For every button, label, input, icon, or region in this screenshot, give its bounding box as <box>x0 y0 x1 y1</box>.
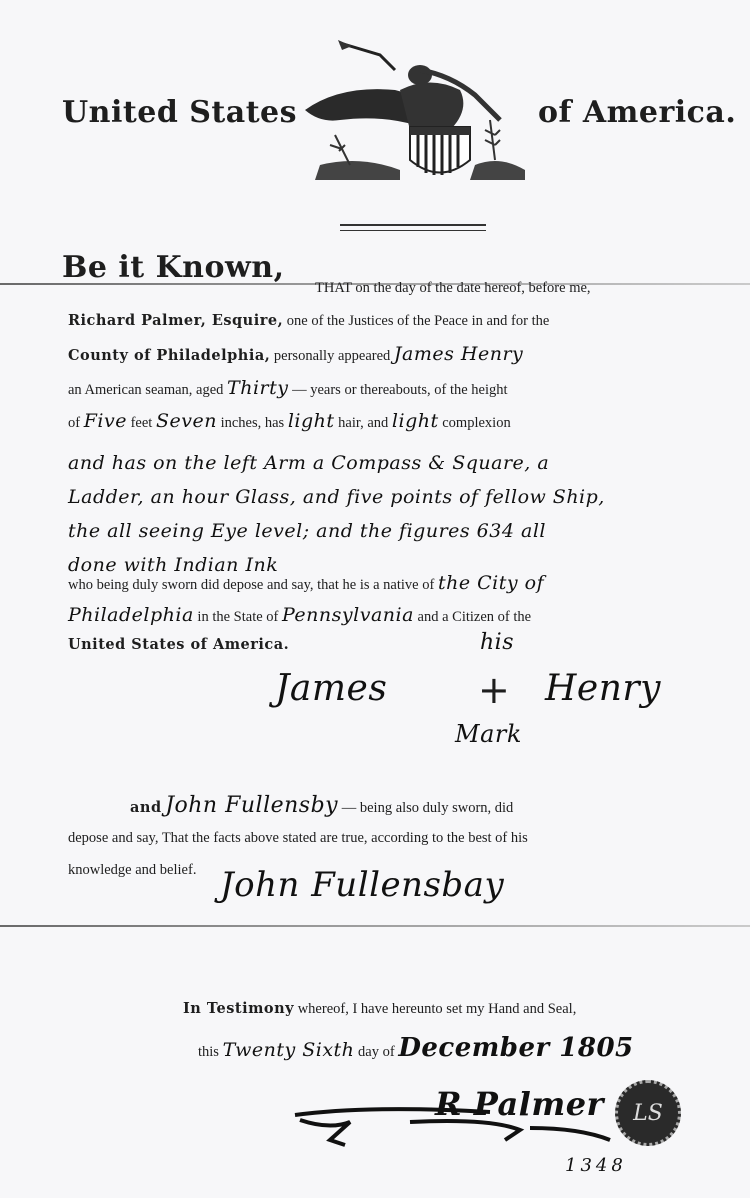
testimony-text: whereof, I have hereunto set my Hand and… <box>298 1001 577 1017</box>
native-of-value: the City of <box>438 572 544 594</box>
age-value: Thirty <box>227 377 288 399</box>
justice-name: Richard Palmer, Esquire, <box>68 312 283 329</box>
month-year-value: December 1805 <box>398 1033 633 1063</box>
day-value: Twenty Sixth <box>223 1039 355 1061</box>
witness-line-1: and John Fullensby — being also duly swo… <box>130 793 513 818</box>
opening-line-2: Richard Palmer, Esquire, one of the Just… <box>68 312 549 330</box>
of-text: of <box>68 415 80 431</box>
signature-flourish-icon <box>290 1100 620 1150</box>
header-divider <box>340 224 486 231</box>
state-label: in the State of <box>197 609 278 625</box>
opening-line-2-text: one of the Justices of the Peace in and … <box>287 313 550 329</box>
feet-label: feet <box>131 415 153 431</box>
seaman-name: James Henry <box>394 343 523 365</box>
citizen-label: and a Citizen of the <box>418 609 532 625</box>
witness-signature: John Fullensbay <box>220 865 504 905</box>
day-of-label: day of <box>358 1044 395 1060</box>
eagle-shield-icon <box>300 35 535 190</box>
and-text: and <box>130 799 162 816</box>
certificate-page: United States of America. Be it Known, T… <box>0 0 750 1198</box>
be-it-known-heading: Be it Known, <box>62 250 285 285</box>
deposition-text: who being duly sworn did depose and say,… <box>68 577 434 593</box>
hair-label: hair, and <box>338 415 388 431</box>
witness-name: John Fullensby <box>165 793 338 818</box>
opening-line-3: County of Philadelphia, personally appea… <box>68 343 523 365</box>
county-name: County of Philadelphia, <box>68 347 270 364</box>
seaman-prefix: an American seaman, aged <box>68 382 223 398</box>
state-value: Pennsylvania <box>282 604 414 626</box>
this-text: this <box>198 1044 219 1060</box>
fold-line-lower <box>0 925 750 927</box>
height-line: of Five feet Seven inches, has light hai… <box>68 410 511 432</box>
testimony-line-2: this Twenty Sixth day of December 1805 <box>198 1033 634 1063</box>
seal: LS <box>615 1080 681 1146</box>
hair-value: light <box>288 410 335 432</box>
marks-line-1: and has on the left Arm a Compass & Squa… <box>68 452 549 474</box>
deposition-line-1: who being duly sworn did depose and say,… <box>68 572 544 594</box>
in-testimony: In Testimony <box>183 1000 294 1017</box>
certificate-number: 1348 <box>565 1155 627 1176</box>
height-feet: Five <box>84 410 127 432</box>
witness-line-1-text: being also duly sworn, did <box>360 800 513 816</box>
deposition-line-2: Philadelphia in the State of Pennsylvani… <box>68 604 531 626</box>
header-of-america: of America. <box>538 95 736 130</box>
opening-line-1: THAT on the day of the date hereof, befo… <box>315 280 591 297</box>
testimony-line-1: In Testimony whereof, I have hereunto se… <box>183 1000 576 1018</box>
his-label: his <box>480 630 514 655</box>
complexion-value: light <box>392 410 439 432</box>
witness-line-3: knowledge and belief. <box>68 862 196 879</box>
x-mark: + <box>478 668 510 712</box>
country-line: United States of America. <box>68 636 289 653</box>
age-line: an American seaman, aged Thirty — years … <box>68 377 508 399</box>
age-suffix: years or thereabouts, of the height <box>310 382 507 398</box>
witness-line-2: depose and say, That the facts above sta… <box>68 830 528 847</box>
city-value: Philadelphia <box>68 604 194 626</box>
height-inches: Seven <box>156 410 217 432</box>
mark-label: Mark <box>455 720 522 748</box>
appeared-text: personally appeared <box>274 348 390 364</box>
marks-line-2: Ladder, an hour Glass, and five points o… <box>68 486 605 508</box>
marks-line-3: the all seeing Eye level; and the figure… <box>68 520 546 542</box>
signature-last: Henry <box>545 668 661 709</box>
signature-first: James <box>275 668 387 709</box>
complexion-label: complexion <box>442 415 510 431</box>
inches-label: inches, has <box>221 415 285 431</box>
header-united-states: United States <box>62 95 297 130</box>
